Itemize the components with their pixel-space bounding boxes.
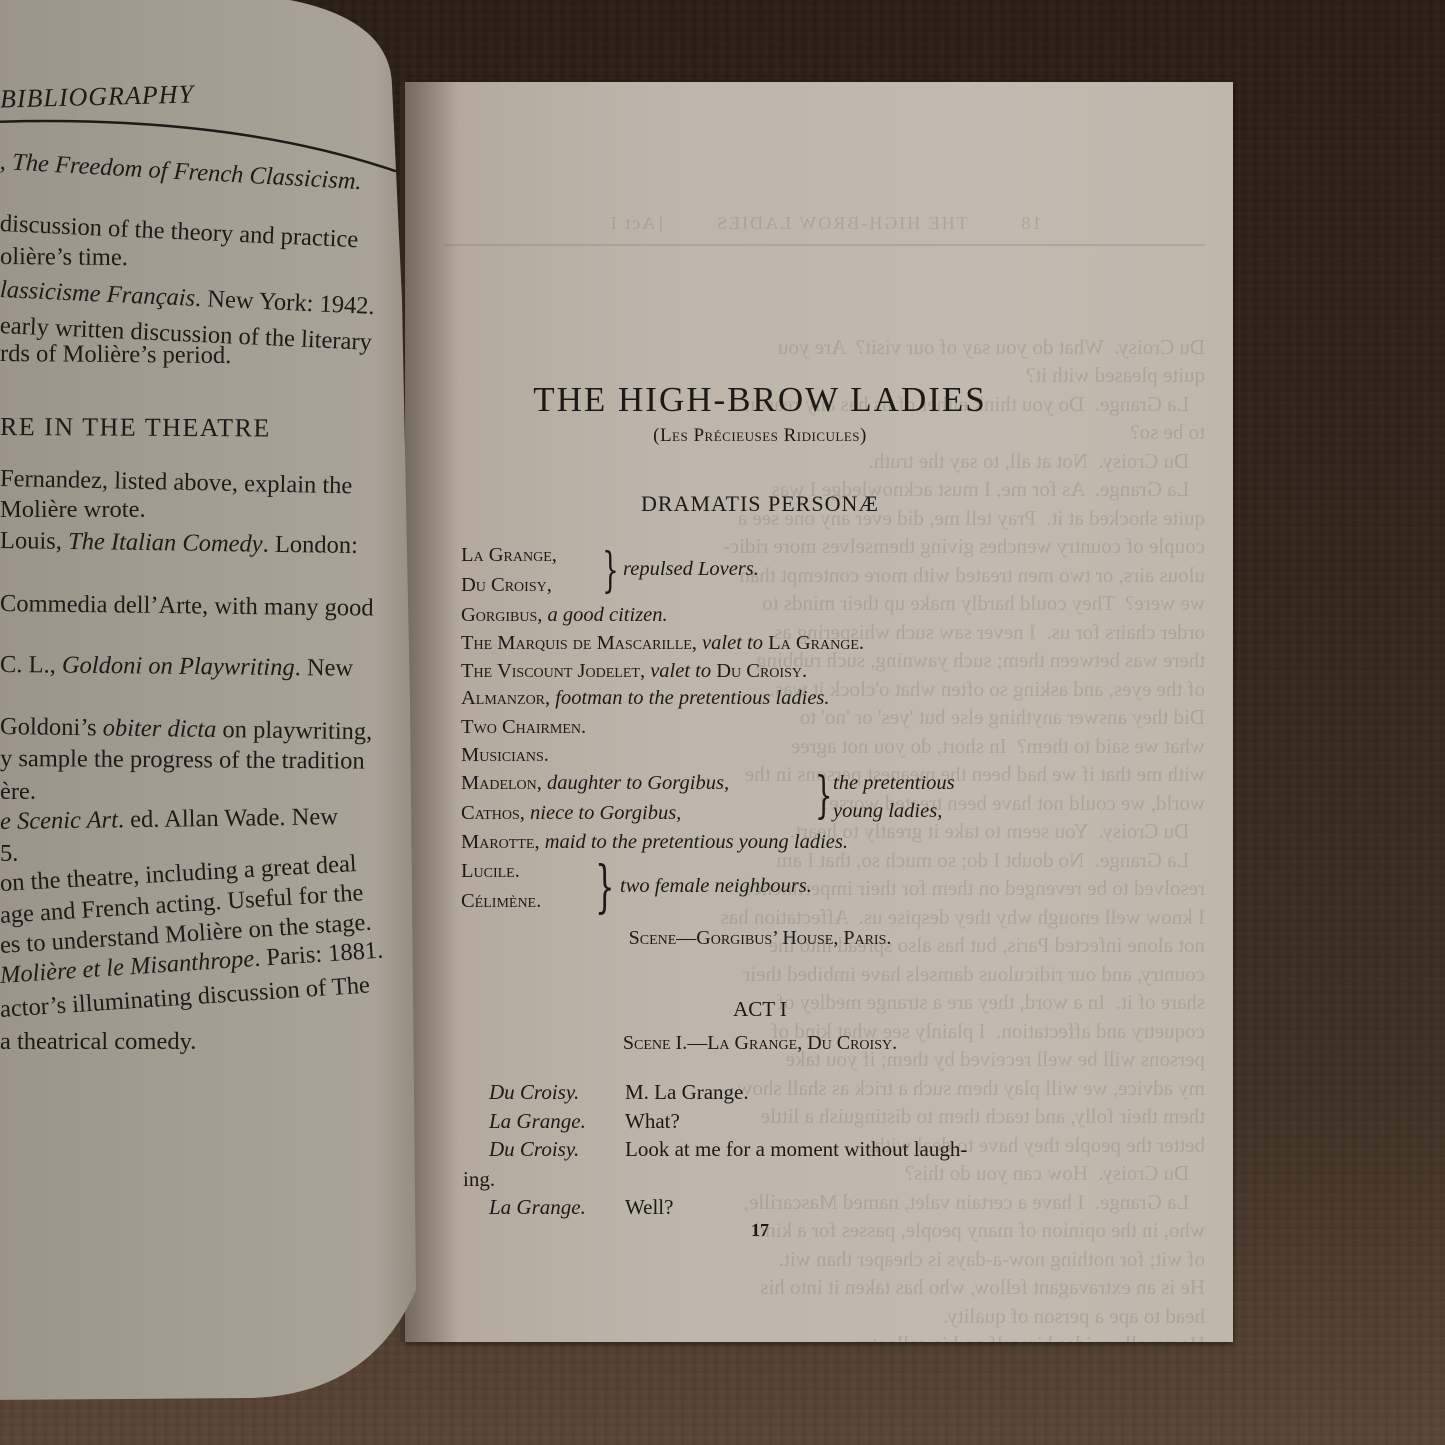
section-heading: RE IN THE THEATRE: [0, 412, 271, 443]
bibliography-line: ère.: [0, 778, 36, 806]
speaker: La Grange.: [489, 1109, 625, 1134]
left-page: BIBLIOGRAPHY , The Freedom of French Cla…: [0, 0, 427, 1400]
cast-desc: niece to Gorgibus,: [530, 802, 681, 824]
text-run: Commedia dell’Arte, with many good: [0, 590, 374, 622]
cast-group-desc-line2: young ladies,: [833, 800, 942, 823]
cast-desc: daughter to Gorgibus,: [547, 772, 729, 794]
cast-desc: valet to: [650, 660, 711, 682]
speech: What?: [625, 1109, 680, 1133]
speech: Well?: [625, 1195, 673, 1219]
text-run: 5.: [0, 840, 18, 867]
bibliography-line: y sample the progress of the tradition: [0, 745, 365, 776]
text-run: Goldoni’s: [0, 713, 103, 741]
cast-target: La Grange.: [768, 632, 864, 654]
cast-entry-musicians: Musicians.: [461, 744, 549, 767]
cast-entry-marotte: Marotte, maid to the pretentious young l…: [461, 831, 848, 854]
cast-name: The Marquis de Mascarille: [461, 632, 692, 654]
speech: M. La Grange.: [625, 1080, 749, 1104]
cast-target: Du Croisy.: [716, 660, 807, 682]
bibliography-line: a theatrical comedy.: [0, 1028, 196, 1056]
text-run: RE IN THE THEATRE: [0, 412, 271, 442]
cast-name: Marotte: [461, 831, 534, 853]
cast-name-lucile: Lucile.: [461, 860, 520, 883]
dialogue-continuation: ing.: [463, 1167, 495, 1192]
cast-group-desc-line1: the pretentious: [833, 772, 955, 795]
cast-name-celimene: Célimène.: [461, 890, 541, 913]
bibliography-line: 5.: [0, 840, 18, 868]
bibliography-line: olière’s time.: [0, 243, 128, 272]
italic-title: e Scenic Art: [0, 806, 118, 835]
cast-desc: a good citizen.: [548, 604, 668, 626]
italic-title: Goldoni on Playwriting: [62, 652, 295, 681]
page-number: 17: [405, 1220, 1115, 1241]
bibliography-line: e Scenic Art. ed. Allan Wade. New: [0, 803, 338, 836]
brace-icon: }: [815, 770, 832, 820]
cast-entry-almanzor: Almanzor, footman to the pretentious lad…: [461, 687, 830, 710]
text-run: Molière wrote.: [0, 496, 146, 523]
dialogue-line: La Grange.What?: [489, 1109, 680, 1134]
scene-heading: Scene I.—La Grange, Du Croisy.: [405, 1032, 1115, 1055]
cast-name: The Viscount Jodelet: [461, 660, 640, 682]
bibliography-line: Louis, The Italian Comedy. London:: [0, 527, 358, 560]
cast-name: Madelon: [461, 772, 537, 794]
speaker: Du Croisy.: [489, 1137, 625, 1162]
speaker: Du Croisy.: [489, 1080, 625, 1105]
text-run: olière’s time.: [0, 243, 128, 271]
play-subtitle: (Les Précieuses Ridicules): [405, 425, 1115, 447]
bibliography-line: Goldoni’s obiter dicta on playwriting,: [0, 713, 372, 746]
dialogue-line: La Grange.Well?: [489, 1195, 673, 1220]
speech: Look at me for a moment without laugh-: [625, 1137, 967, 1161]
cast-entry-jodelet: The Viscount Jodelet, valet to Du Croisy…: [461, 660, 807, 683]
cast-desc: valet to: [702, 632, 763, 654]
italic-title: lassicisme Français: [0, 276, 196, 312]
bibliography-line: Commedia dell’Arte, with many good: [0, 590, 374, 623]
right-page: 18 THE HIGH-BROW LADIES [Act I Du Croisy…: [405, 82, 1233, 1342]
cast-name: Cathos: [461, 802, 520, 824]
dialogue-line: Du Croisy.M. La Grange.: [489, 1080, 749, 1105]
cast-entry-madelon: Madelon, daughter to Gorgibus,: [461, 772, 729, 795]
text-run: C. L.,: [0, 651, 62, 679]
text-run: ère.: [0, 778, 36, 805]
text-run: Louis,: [0, 527, 68, 555]
cast-entry-cathos: Cathos, niece to Gorgibus,: [461, 802, 681, 825]
cast-name: Gorgibus: [461, 604, 537, 626]
bibliography-line: rds of Molière’s period.: [0, 340, 231, 370]
italic-title: The Italian Comedy: [68, 528, 263, 558]
right-page-text: THE HIGH-BROW LADIES (Les Précieuses Rid…: [405, 82, 1233, 1342]
cast-name-du-croisy: Du Croisy,: [461, 574, 552, 597]
running-head: BIBLIOGRAPHY: [0, 79, 194, 114]
play-title: THE HIGH-BROW LADIES: [405, 380, 1115, 420]
cast-desc-lovers: repulsed Lovers.: [623, 558, 759, 581]
brace-icon: }: [602, 546, 619, 594]
cast-name-la-grange: La Grange,: [461, 544, 557, 567]
cast-entry-chairmen: Two Chairmen.: [461, 716, 586, 739]
cast-desc: maid to the pretentious young ladies.: [545, 831, 848, 853]
text-run: rds of Molière’s period.: [0, 340, 231, 369]
text-run: . London:: [262, 531, 358, 559]
italic-title: obiter dicta: [103, 714, 217, 743]
text-run: a theatrical comedy.: [0, 1028, 196, 1055]
text-run: . New: [295, 654, 354, 682]
bibliography-line: Molière wrote.: [0, 496, 146, 524]
scene-setting: Scene—Gorgibus’ House, Paris.: [405, 927, 1115, 950]
text-run: on playwriting,: [216, 716, 372, 745]
speaker: La Grange.: [489, 1195, 625, 1220]
cast-desc: footman to the pretentious ladies.: [555, 687, 829, 709]
speech: ing.: [463, 1167, 495, 1191]
cast-name: Almanzor: [461, 687, 545, 709]
text-run: y sample the progress of the tradition: [0, 745, 365, 775]
bibliography-line: C. L., Goldoni on Playwriting. New: [0, 651, 353, 683]
cast-desc-neighbours: two female neighbours.: [620, 875, 812, 898]
dramatis-personae-heading: DRAMATIS PERSONÆ: [405, 491, 1115, 517]
text-run: . ed. Allan Wade. New: [118, 803, 338, 833]
text-run: . New York: 1942.: [195, 285, 376, 320]
dialogue-line: Du Croisy.Look at me for a moment withou…: [489, 1137, 967, 1162]
act-heading: ACT I: [405, 997, 1115, 1022]
text-run: Fernandez, listed above, explain the: [0, 465, 353, 499]
cast-entry-gorgibus: Gorgibus, a good citizen.: [461, 604, 668, 627]
brace-icon: }: [595, 860, 615, 916]
cast-entry-mascarille: The Marquis de Mascarille, valet to La G…: [461, 632, 864, 655]
